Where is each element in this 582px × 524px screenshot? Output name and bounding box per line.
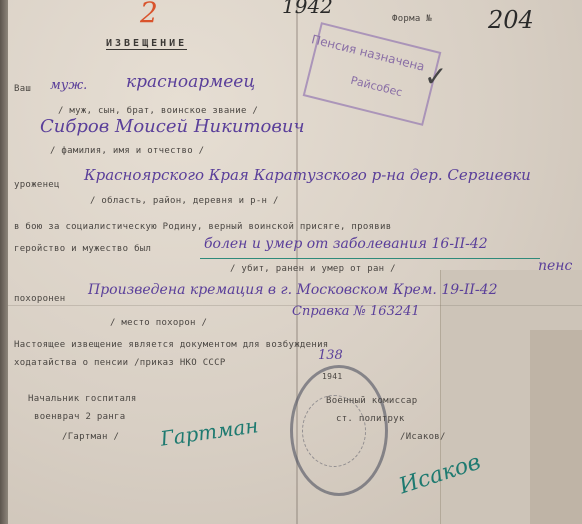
year-fragment: 1942 bbox=[282, 0, 333, 18]
rank-value: муж. bbox=[50, 78, 87, 93]
rank-caption: / муж, сын, брат, воинское звание / bbox=[58, 106, 258, 116]
seal-text: 1941 bbox=[322, 372, 342, 381]
document-text-2: ходатайства о пенсии /приказ НКО СССР bbox=[14, 358, 226, 368]
right-signatory-name: /Исаков/ bbox=[400, 432, 446, 442]
underline-mark bbox=[200, 258, 540, 259]
reference-value: Справка № 163241 bbox=[292, 304, 420, 319]
document-text-1: Настоящее извещение является документом … bbox=[14, 340, 329, 350]
rank-prefix: Ваш bbox=[14, 84, 31, 94]
burial-value: Произведена кремация в г. Московском Кре… bbox=[88, 282, 497, 298]
order-number: 138 bbox=[318, 348, 343, 363]
name-caption: / фамилия, имя и отчество / bbox=[50, 146, 204, 156]
death-caption: / убит, ранен и умер от ран / bbox=[230, 264, 396, 274]
form-label: Форма № bbox=[392, 14, 432, 24]
origin-caption: / область, район, деревня и р-н / bbox=[90, 196, 279, 206]
page-number: 2 bbox=[140, 0, 158, 29]
battle-text-2: геройство и мужество был bbox=[14, 244, 151, 254]
death-value: болен и умер от заболевания 16-II-42 bbox=[204, 236, 488, 252]
left-signatory-title-1: Начальник госпиталя bbox=[28, 394, 137, 404]
right-signatory-title-1: Военный комиссар bbox=[326, 396, 418, 406]
right-signatory-title-2: ст. политрук bbox=[336, 414, 405, 424]
document-title: ИЗВЕЩЕНИЕ bbox=[106, 38, 187, 50]
origin-label: уроженец bbox=[14, 180, 60, 190]
rank-value-2: красноармеец bbox=[126, 72, 255, 92]
left-signatory-title-2: военврач 2 ранга bbox=[34, 412, 126, 422]
name-value: Сибров Моисей Никитович bbox=[40, 116, 305, 137]
origin-value: Красноярского Края Каратузского р-на дер… bbox=[84, 166, 531, 184]
burial-caption: / место похорон / bbox=[110, 318, 207, 328]
battle-text-1: в бою за социалистическую Родину, верный… bbox=[14, 222, 391, 232]
form-number: 204 bbox=[488, 6, 534, 34]
burial-label: похоронен bbox=[14, 294, 65, 304]
left-signatory-name: /Гартман / bbox=[62, 432, 119, 442]
margin-note: пенс bbox=[538, 258, 572, 274]
torn-paper-overlay-2 bbox=[530, 330, 582, 524]
check-mark-icon: ✓ bbox=[424, 60, 447, 93]
